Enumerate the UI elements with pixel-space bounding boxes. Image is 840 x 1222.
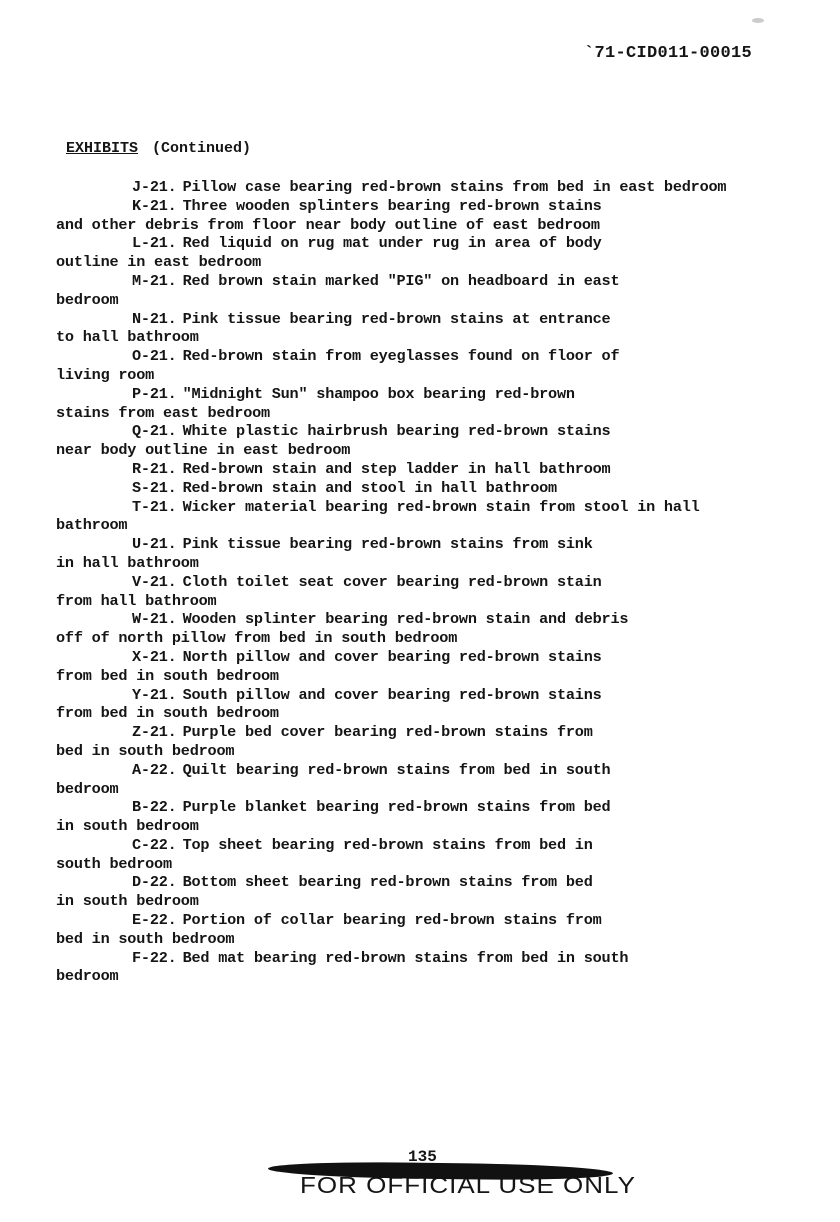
exhibit-code: F-22. [132, 949, 177, 968]
exhibit-code: Y-21. [132, 686, 177, 705]
exhibit-item: Q-21.White plastic hairbrush bearing red… [56, 422, 836, 460]
exhibit-item: M-21.Red brown stain marked "PIG" on hea… [56, 272, 836, 310]
exhibit-code: M-21. [132, 272, 177, 291]
exhibit-item: N-21.Pink tissue bearing red-brown stain… [56, 310, 836, 348]
exhibit-item: J-21.Pillow case bearing red-brown stain… [56, 178, 836, 197]
exhibit-code: X-21. [132, 648, 177, 667]
exhibit-code: E-22. [132, 911, 177, 930]
document-id: `71-CID011-00015 [584, 44, 752, 63]
exhibit-code: N-21. [132, 310, 177, 329]
exhibit-code: D-22. [132, 873, 177, 892]
exhibit-item: R-21.Red-brown stain and step ladder in … [56, 460, 836, 479]
exhibit-item: L-21.Red liquid on rug mat under rug in … [56, 234, 836, 272]
section-heading: EXHIBITS(Continued) [66, 140, 251, 157]
exhibit-item: U-21.Pink tissue bearing red-brown stain… [56, 535, 836, 573]
exhibit-item: W-21.Wooden splinter bearing red-brown s… [56, 610, 836, 648]
exhibit-item: B-22.Purple blanket bearing red-brown st… [56, 798, 836, 836]
exhibit-code: T-21. [132, 498, 177, 517]
exhibit-item: X-21.North pillow and cover bearing red-… [56, 648, 836, 686]
exhibit-item: O-21.Red-brown stain from eyeglasses fou… [56, 347, 836, 385]
exhibit-code: B-22. [132, 798, 177, 817]
exhibit-item: A-22.Quilt bearing red-brown stains from… [56, 761, 836, 799]
exhibit-code: O-21. [132, 347, 177, 366]
exhibit-item: Z-21.Purple bed cover bearing red-brown … [56, 723, 836, 761]
exhibit-code: Q-21. [132, 422, 177, 441]
exhibit-item: T-21.Wicker material bearing red-brown s… [56, 498, 836, 536]
exhibit-item: C-22.Top sheet bearing red-brown stains … [56, 836, 836, 874]
section-title: EXHIBITS [66, 140, 138, 157]
exhibit-code: A-22. [132, 761, 177, 780]
scan-artifact [752, 18, 764, 23]
exhibit-code: J-21. [132, 178, 177, 197]
exhibit-code: L-21. [132, 234, 177, 253]
exhibit-code: U-21. [132, 535, 177, 554]
section-subtitle: (Continued) [152, 140, 251, 157]
exhibit-item: S-21.Red-brown stain and stool in hall b… [56, 479, 836, 498]
exhibit-code: W-21. [132, 610, 177, 629]
exhibit-code: P-21. [132, 385, 177, 404]
exhibit-code: R-21. [132, 460, 177, 479]
exhibit-description: Pillow case bearing red-brown stains fro… [183, 178, 727, 196]
exhibit-code: S-21. [132, 479, 177, 498]
exhibit-description: Red-brown stain and stool in hall bathro… [183, 479, 557, 497]
exhibit-code: K-21. [132, 197, 177, 216]
exhibit-code: V-21. [132, 573, 177, 592]
exhibit-code: Z-21. [132, 723, 177, 742]
exhibit-item: P-21."Midnight Sun" shampoo box bearing … [56, 385, 836, 423]
exhibit-list: J-21.Pillow case bearing red-brown stain… [56, 178, 836, 986]
exhibit-item: V-21.Cloth toilet seat cover bearing red… [56, 573, 836, 611]
exhibit-item: K-21.Three wooden splinters bearing red-… [56, 197, 836, 235]
exhibit-code: C-22. [132, 836, 177, 855]
exhibit-item: Y-21.South pillow and cover bearing red-… [56, 686, 836, 724]
exhibit-item: F-22.Bed mat bearing red-brown stains fr… [56, 949, 836, 987]
exhibit-description: Red-brown stain and step ladder in hall … [183, 460, 611, 478]
exhibit-item: E-22.Portion of collar bearing red-brown… [56, 911, 836, 949]
exhibit-item: D-22.Bottom sheet bearing red-brown stai… [56, 873, 836, 911]
